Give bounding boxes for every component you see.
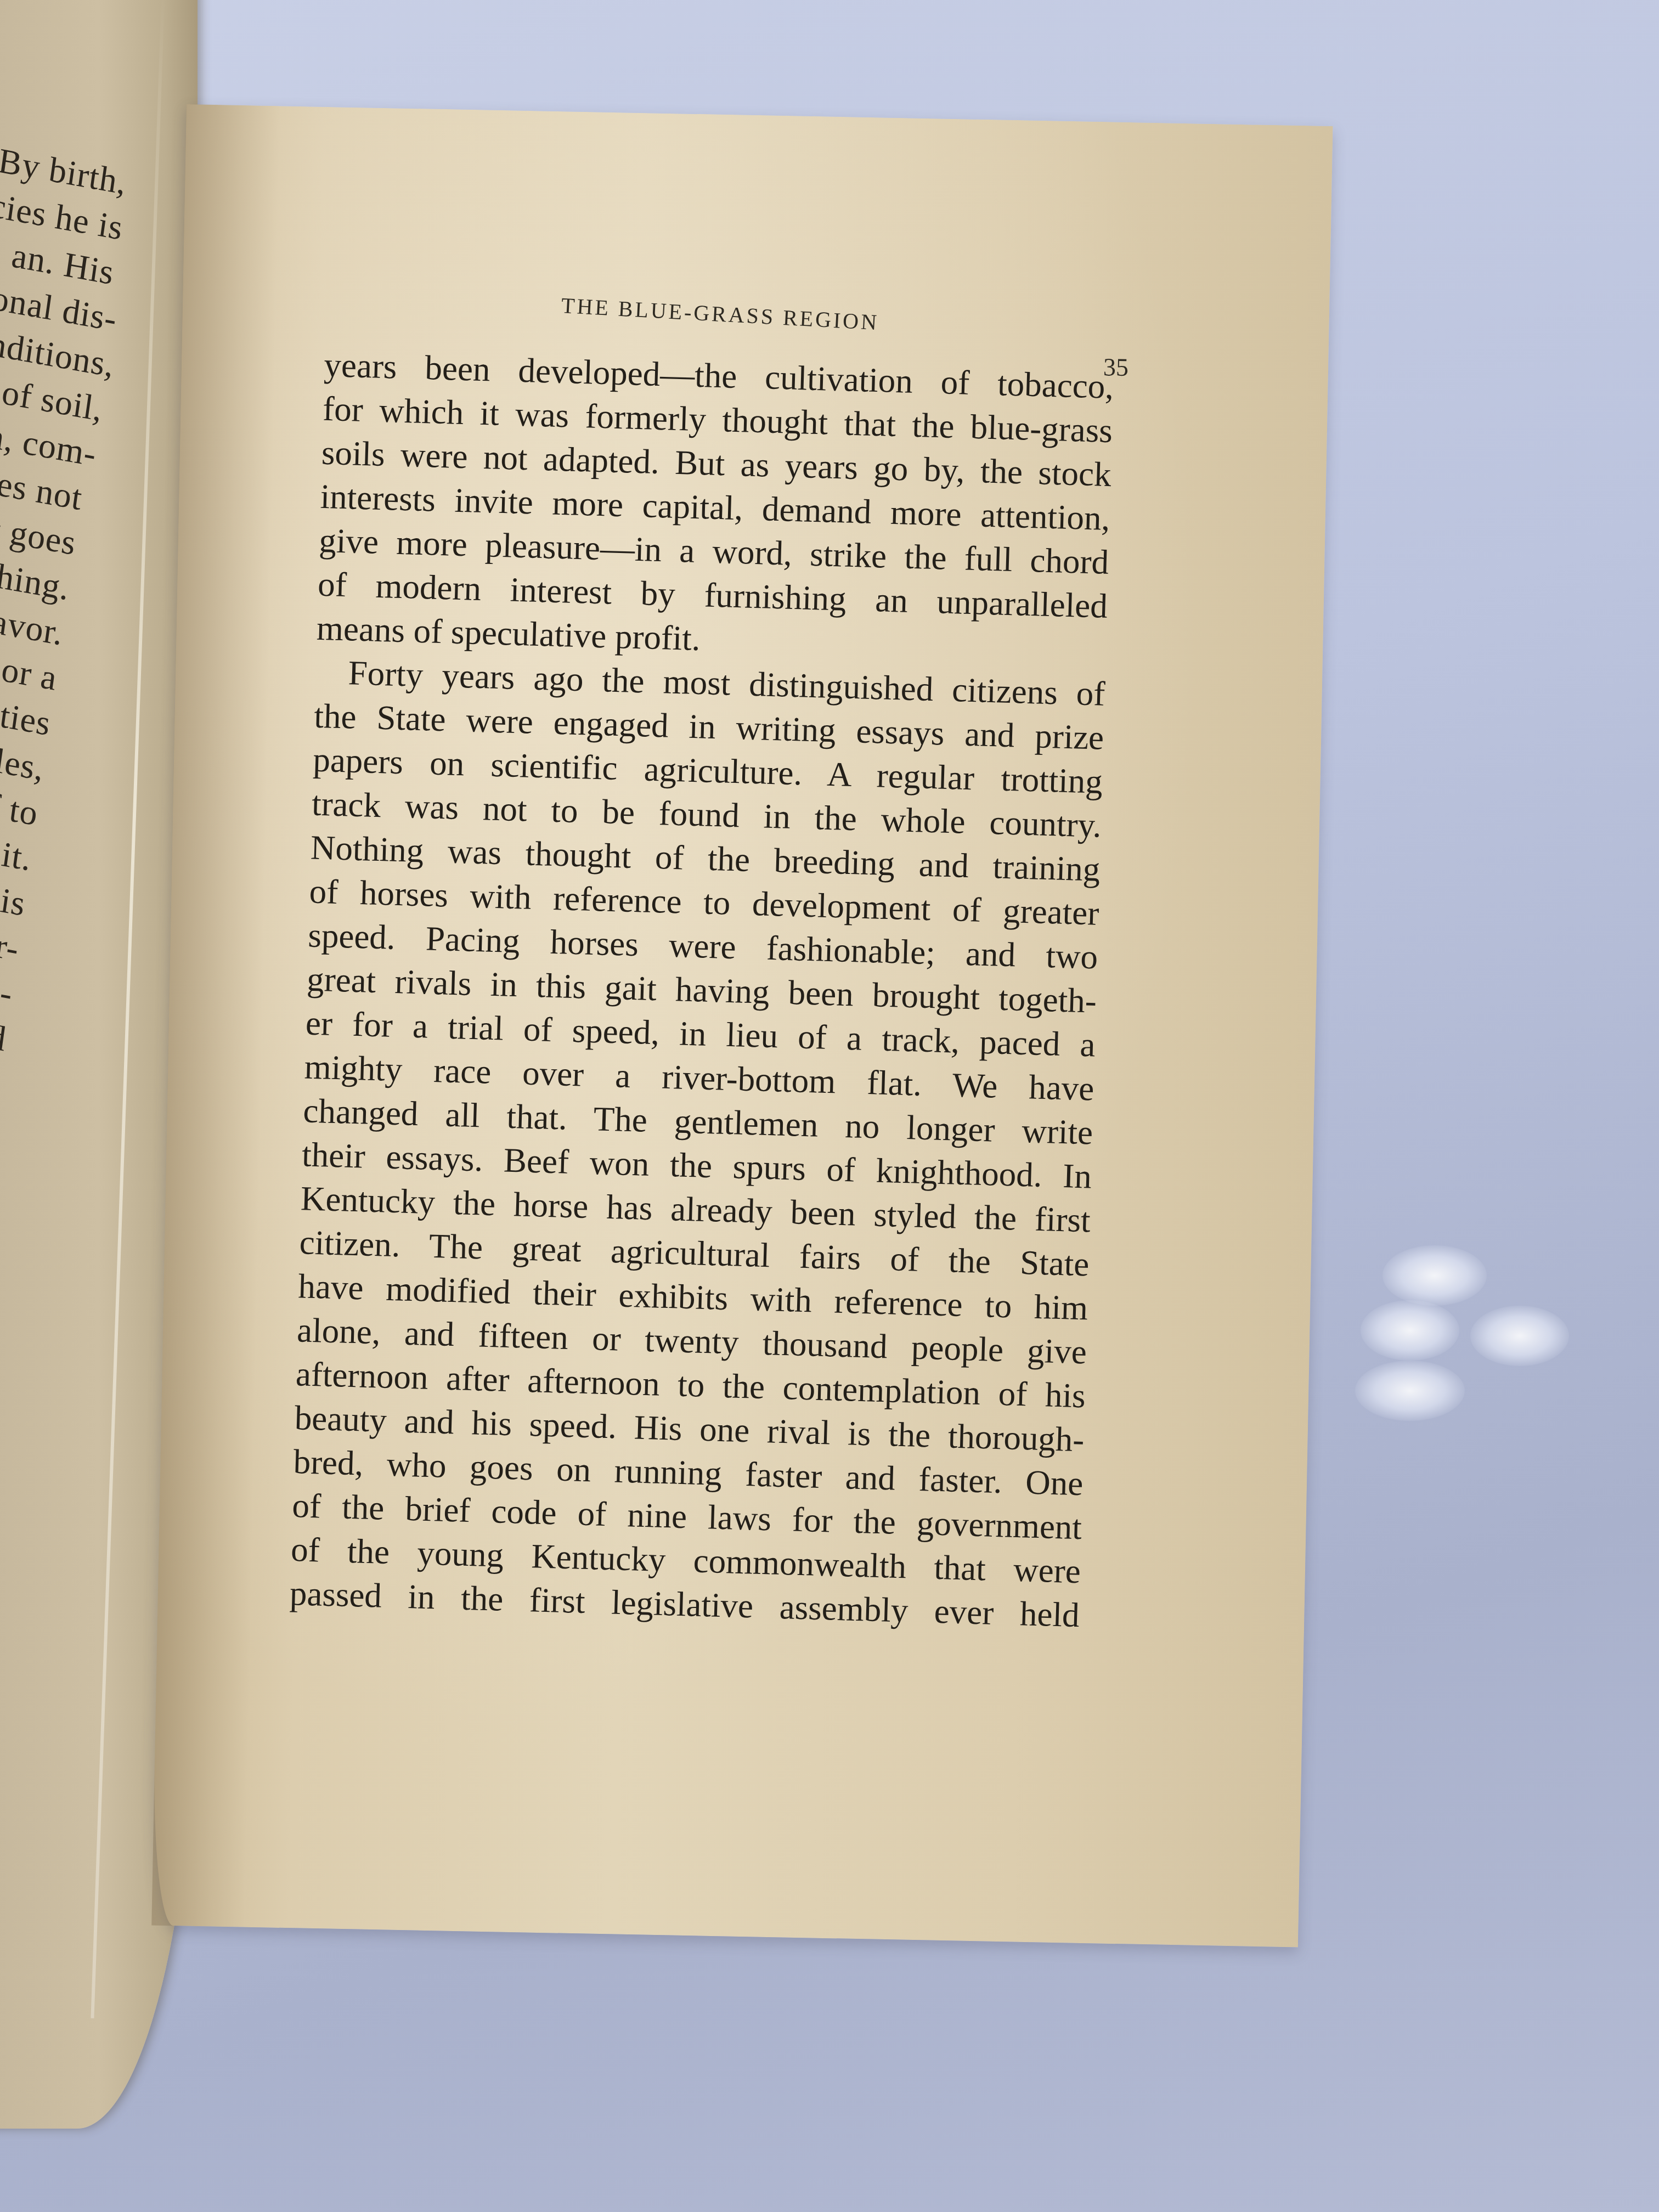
surface-glare xyxy=(1470,1306,1569,1366)
running-head: THE BLUE-GRASS REGION xyxy=(561,292,879,335)
surface-glare xyxy=(1383,1245,1487,1306)
surface-glare xyxy=(1361,1300,1459,1361)
surface-glare xyxy=(1355,1361,1465,1421)
body-text: years been developed—the cultivation of … xyxy=(289,343,1114,1637)
right-page: THE BLUE-GRASS REGION 35 years been deve… xyxy=(151,104,1333,1948)
left-page-text: By birth, cies he is an. His sonal dis- … xyxy=(0,137,129,1482)
